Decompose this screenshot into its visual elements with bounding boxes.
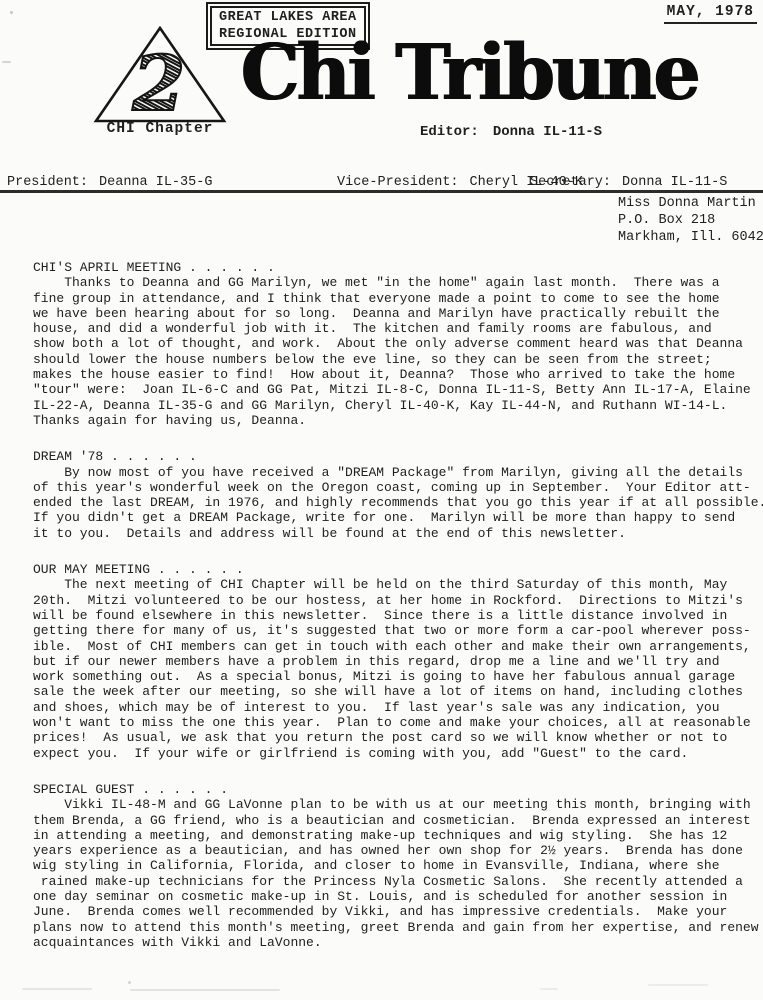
scan-artifact: [2, 61, 11, 63]
editor-line: Editor:Donna IL-11-S: [420, 124, 602, 140]
address-city: Markham, Ill. 60428: [618, 230, 763, 247]
section-heading: DREAM '78 . . . . . .: [33, 449, 763, 464]
body-line: rained make-up technicians for the Princ…: [33, 874, 763, 889]
officer-role: Vice-President:: [337, 175, 459, 190]
address-po-box: P.O. Box 218: [618, 213, 763, 230]
body-line: house, and did a wonderful job with it. …: [33, 321, 763, 336]
body-line: fine group in attendance, and I think th…: [33, 291, 763, 306]
body-line: "tour" were: Joan IL-6-C and GG Pat, Mit…: [33, 382, 763, 397]
body-line: should lower the house numbers below the…: [33, 352, 763, 367]
officer-role: Secretary:: [530, 175, 611, 190]
officer-president: President:Deanna IL-35-G: [7, 175, 212, 190]
body-line: The next meeting of CHI Chapter will be …: [33, 577, 763, 592]
body-line: Vikki IL-48-M and GG LaVonne plan to be …: [33, 797, 763, 812]
body-line: Thanks to Deanna and GG Marilyn, we met …: [33, 275, 763, 290]
newsletter-section: CHI'S APRIL MEETING . . . . . . Thanks t…: [33, 260, 763, 428]
editor-name: Donna IL-11-S: [493, 124, 602, 140]
body-line: makes the house easier to find! How abou…: [33, 367, 763, 382]
mailing-address: Miss Donna Martin P.O. Box 218 Markham, …: [618, 196, 763, 246]
body-sections: CHI'S APRIL MEETING . . . . . . Thanks t…: [33, 260, 763, 971]
officer-name: Deanna IL-35-G: [99, 175, 212, 190]
body-line: wig styling in California, Florida, and …: [33, 858, 763, 873]
newsletter-section: DREAM '78 . . . . . . By now most of you…: [33, 449, 763, 541]
body-line: ended the last DREAM, in 1976, and highl…: [33, 495, 763, 510]
scan-artifact: [10, 11, 13, 14]
body-line: prices! As usual, we ask that you return…: [33, 730, 763, 745]
officer-secretary: Secretary:Donna IL-11-S: [530, 175, 727, 190]
scan-artifact: [648, 984, 708, 986]
scan-artifact: [130, 989, 280, 991]
body-line: If you didn't get a DREAM Package, write…: [33, 510, 763, 525]
body-line: of this year's wonderful week on the Ore…: [33, 480, 763, 495]
newsletter-page: GREAT LAKES AREA REGIONAL EDITION MAY, 1…: [0, 0, 763, 1000]
section-heading: SPECIAL GUEST . . . . . .: [33, 782, 763, 797]
body-line: will be found elsewhere in this newslett…: [33, 608, 763, 623]
svg-text:2: 2: [132, 39, 186, 124]
body-line: work something out. As a special bonus, …: [33, 669, 763, 684]
scan-artifact: [22, 988, 92, 990]
body-line: sale the week after our meeting, so she …: [33, 684, 763, 699]
body-line: in attending a meeting, and demonstratin…: [33, 828, 763, 843]
body-line: we have been hearing about for so long. …: [33, 306, 763, 321]
body-line: show both a lot of thought, and work. Ab…: [33, 336, 763, 351]
body-line: ible. Most of CHI members can get in tou…: [33, 639, 763, 654]
body-line: them Brenda, a GG friend, who is a beaut…: [33, 813, 763, 828]
newsletter-section: OUR MAY MEETING . . . . . . The next mee…: [33, 562, 763, 761]
body-line: but if our newer members have a problem …: [33, 654, 763, 669]
header-divider-rule: [0, 190, 763, 193]
body-line: years experience as a beautician, and ha…: [33, 843, 763, 858]
body-line: 20th. Mitzi volunteered to be our hostes…: [33, 593, 763, 608]
section-lines: Thanks to Deanna and GG Marilyn, we met …: [33, 275, 763, 428]
section-lines: By now most of you have received a "DREA…: [33, 465, 763, 541]
section-heading: CHI'S APRIL MEETING . . . . . .: [33, 260, 763, 275]
section-lines: Vikki IL-48-M and GG LaVonne plan to be …: [33, 797, 763, 950]
body-line: won't want to miss the one this year. Pl…: [33, 715, 763, 730]
body-line: acquaintances with Vikki and LaVonne.: [33, 935, 763, 950]
masthead-title: Chi Tribune: [226, 24, 712, 122]
body-line: and shoes, which may be of interest to y…: [33, 700, 763, 715]
issue-date: MAY, 1978: [664, 4, 757, 24]
address-name: Miss Donna Martin: [618, 196, 763, 213]
body-line: expect you. If your wife or girlfriend i…: [33, 746, 763, 761]
body-line: plans now to attend this month's meeting…: [33, 920, 763, 935]
chapter-logo-triangle-icon: 2: [93, 26, 227, 124]
body-line: By now most of you have received a "DREA…: [33, 465, 763, 480]
officers-row: President:Deanna IL-35-G Vice-President:…: [0, 175, 763, 191]
officer-name: Donna IL-11-S: [622, 175, 727, 190]
body-line: it to you. Details and address will be f…: [33, 526, 763, 541]
body-line: June. Brenda comes well recommended by V…: [33, 904, 763, 919]
body-line: IL-22-A, Deanna IL-35-G and GG Marilyn, …: [33, 398, 763, 413]
section-lines: The next meeting of CHI Chapter will be …: [33, 577, 763, 761]
editor-label: Editor:: [420, 124, 479, 140]
newsletter-section: SPECIAL GUEST . . . . . . Vikki IL-48-M …: [33, 782, 763, 950]
scan-artifact: [128, 981, 131, 984]
body-line: one day seminar on cosmetic make-up in S…: [33, 889, 763, 904]
scan-artifact: [540, 988, 558, 990]
officer-role: President:: [7, 175, 88, 190]
body-line: getting there for many of us, it's sugge…: [33, 623, 763, 638]
body-line: Thanks again for having us, Deanna.: [33, 413, 763, 428]
chapter-label: CHI Chapter: [91, 121, 229, 137]
section-heading: OUR MAY MEETING . . . . . .: [33, 562, 763, 577]
